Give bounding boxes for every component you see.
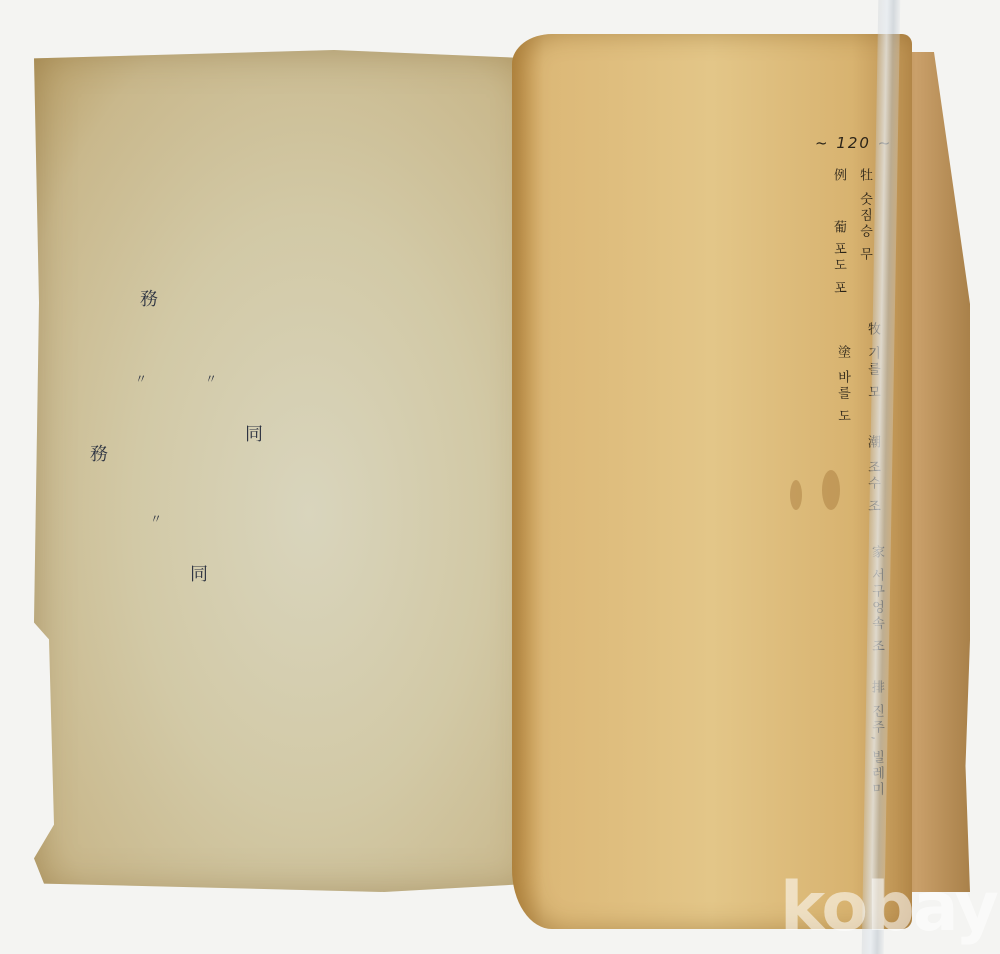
stain bbox=[790, 480, 802, 510]
ditto-mark: 〃 bbox=[205, 370, 217, 387]
handwritten-mark: 務 bbox=[140, 285, 158, 311]
handwritten-mark: 同 bbox=[245, 420, 263, 446]
left-book-page bbox=[34, 50, 534, 892]
entry-hanja: 塗 bbox=[836, 345, 849, 361]
handwritten-mark: 同 bbox=[190, 560, 208, 586]
right-book-page bbox=[512, 34, 912, 929]
handwritten-mark: 務 bbox=[90, 440, 108, 466]
entry-hanja: 葡 bbox=[832, 220, 845, 236]
entry-reading: 포도 포 bbox=[832, 242, 845, 297]
ditto-mark: 〃 bbox=[150, 510, 162, 527]
watermark: kobay bbox=[780, 868, 997, 947]
ditto-mark: 〃 bbox=[135, 370, 147, 387]
entry-reading: 숫짐승 무 bbox=[858, 192, 871, 263]
entry-hanja: 牡 bbox=[858, 168, 871, 184]
example-label: 例 bbox=[832, 168, 845, 184]
entry-reading: 바를 도 bbox=[836, 370, 849, 425]
stain bbox=[822, 470, 840, 510]
